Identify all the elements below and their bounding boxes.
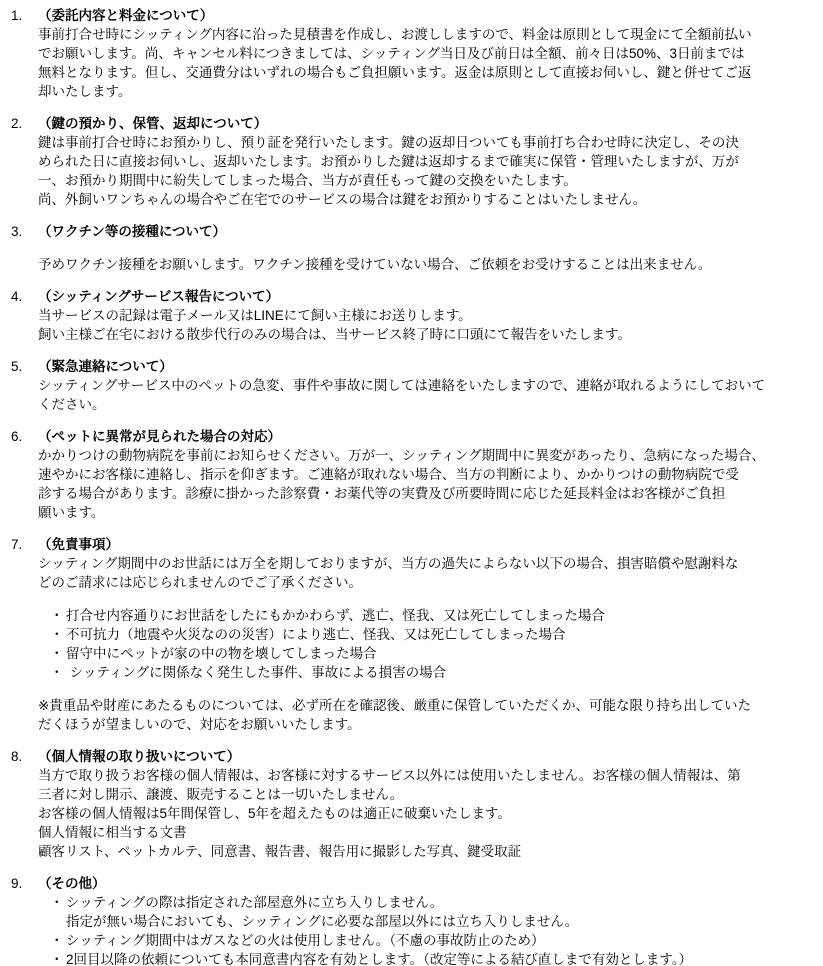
bullet-line: ・不可抗力（地震や火災なのの災害）により逃亡、怪我、又は死亡してしまった場合 [50,625,823,644]
terms-section: 7.（免責事項）シッティング期間中のお世話には万全を期しておりますが、当方の過失… [0,535,823,734]
note-line: だくほうが望ましいので、対応をお願いいたします。 [38,715,823,734]
body-line: でお願いします。尚、キャンセル料につきましては、シッティング当日及び前日は全額、… [38,44,823,63]
body-line: 事前打合せ時にシッティング内容に沿った見積書を作成し、お渡ししますので、料金は原… [38,25,823,44]
section-heading: 4.（シッティングサービス報告について） [0,287,823,306]
body-line: 却いたします。 [38,82,823,101]
body-line: 三者に対し開示、譲渡、販売することは一切いたしません。 [38,785,823,804]
section-number: 4. [11,287,38,306]
bullet-marker-icon: ・ [50,606,66,625]
section-heading: 6.（ペットに異常が見られた場合の対応） [0,427,823,446]
section-title: （ワクチン等の接種について） [38,224,226,239]
bullet-text: 打合せ内容通りにお世話をしたにもかかわらず、逃亡、怪我、又は死亡してしまった場合 [66,606,605,625]
body-line: シッティング期間中のお世話には万全を期しておりますが、当方の過失によらない以下の… [38,554,823,573]
blank-line [0,682,823,696]
bullet-line: ・打合せ内容通りにお世話をしたにもかかわらず、逃亡、怪我、又は死亡してしまった場… [50,606,823,625]
bullet-continuation-line: 指定が無い場合においても、シッティングに必要な部屋以外には立ち入りしません。 [66,912,823,931]
section-number: 9. [11,874,38,893]
terms-section: 9.（その他）・シッティングの際は指定された部屋意外に立ち入りしません。指定が無… [0,874,823,966]
bullet-text: 留守中にペットが家の中の物を壊してしまった場合 [66,644,377,663]
bullet-text: シッティング期間中はガスなどの火は使用しません。（不慮の事故防止のため） [66,931,544,950]
body-line: 速やかにお客様に連絡し、指示を仰ぎます。ご連絡が取れない場合、当方の判断により、… [38,465,823,484]
section-heading: 1.（委託内容と料金について） [0,6,823,25]
body-line: められた日に直接お伺いし、返却いたします。お預かりした鍵は返却するまで確実に保管… [38,152,823,171]
terms-section: 5.（緊急連絡について）シッティングサービス中のペットの急変、事件や事故に関して… [0,357,823,414]
body-line: 診する場合があります。診療に掛かった診察費・お薬代等の実費及び所要時間に応じた延… [38,484,823,503]
section-heading: 3.（ワクチン等の接種について） [0,222,823,241]
terms-document: 1.（委託内容と料金について）事前打合せ時にシッティング内容に沿った見積書を作成… [0,0,823,966]
body-line: 尚、外飼いワンちゃんの場合やご在宅でのサービスの場合は鍵をお預かりすることはいた… [38,190,823,209]
body-line: 当サービスの記録は電子メール又はLINEにて飼い主様にお送りします。 [38,306,823,325]
terms-section: 8.（個人情報の取り扱いについて）当方で取り扱うお客様の個人情報は、お客様に対す… [0,747,823,861]
section-title: （その他） [38,876,106,891]
bullet-text: 不可抗力（地震や火災なのの災害）により逃亡、怪我、又は死亡してしまった場合 [66,625,566,644]
body-line: 鍵は事前打合せ時にお預かりし、預り証を発行いたします。鍵の返却日ついても事前打ち… [38,133,823,152]
body-line: かかりつけの動物病院を事前にお知らせください。万が一、シッティング期間中に異変が… [38,446,823,465]
note-line: ※貴重品や財産にあたるものについては、必ず所在を確認後、厳重に保管していただくか… [38,696,823,715]
blank-line [0,592,823,606]
section-heading: 2.（鍵の預かり、保管、返却について） [0,114,823,133]
section-title: （ペットに異常が見られた場合の対応） [38,429,281,444]
bullet-marker-icon: ・ [50,644,66,663]
blank-line [0,241,823,255]
body-line: 無料となります。但し、交通費分はいずれの場合もご負担願います。返金は原則として直… [38,63,823,82]
section-title: （シッティングサービス報告について） [38,289,279,304]
section-number: 8. [11,747,38,766]
section-number: 6. [11,427,38,446]
section-number: 1. [11,6,38,25]
body-line: シッティングサービス中のペットの急変、事件や事故に関しては連絡をいたしますので、… [38,376,823,395]
body-line: ください。 [38,395,823,414]
bullet-line: ・シッティングの際は指定された部屋意外に立ち入りしません。 [50,893,823,912]
body-line: どのご請求には応じられませんのでご了承ください。 [38,573,823,592]
bullet-marker-icon: ・ [50,931,66,950]
body-line: 一、お預かり期間中に紛失してしまった場合、当方が責任もって鍵の交換をいたします。 [38,171,823,190]
bullet-line: ・ シッティングに関係なく発生した事件、事故による損害の場合 [50,663,823,682]
terms-section: 2.（鍵の預かり、保管、返却について）鍵は事前打合せ時にお預かりし、預り証を発行… [0,114,823,209]
body-line: 飼い主様ご在宅における散歩代行のみの場合は、当サービス終了時に口頭にて報告をいた… [38,325,823,344]
bullet-line: ・シッティング期間中はガスなどの火は使用しません。（不慮の事故防止のため） [50,931,823,950]
bullet-text: 2回目以降の依頼についても本同意書内容を有効とします。（改定等による結び直しまで… [66,950,692,966]
section-heading: 7.（免責事項） [0,535,823,554]
section-number: 5. [11,357,38,376]
section-title: （委託内容と料金について） [38,8,213,23]
body-line: 個人情報に相当する文書 [38,823,823,842]
bullet-marker-icon: ・ [50,625,66,644]
section-number: 2. [11,114,38,133]
bullet-text: シッティングに関係なく発生した事件、事故による損害の場合 [66,663,446,682]
bullet-line: ・2回目以降の依頼についても本同意書内容を有効とします。（改定等による結び直しま… [50,950,823,966]
section-title: （緊急連絡について） [38,359,173,374]
bullet-marker-icon: ・ [50,950,66,966]
body-line: 当方で取り扱うお客様の個人情報は、お客様に対するサービス以外には使用いたしません… [38,766,823,785]
section-number: 7. [11,535,38,554]
terms-section: 4.（シッティングサービス報告について）当サービスの記録は電子メール又はLINE… [0,287,823,344]
body-line: 顧客リスト、ペットカルテ、同意書、報告書、報告用に撮影した写真、鍵受取証 [38,842,823,861]
section-heading: 5.（緊急連絡について） [0,357,823,376]
bullet-marker-icon: ・ [50,663,66,682]
section-title: （鍵の預かり、保管、返却について） [38,116,267,131]
terms-section: 3.（ワクチン等の接種について）予めワクチン接種をお願いします。ワクチン接種を受… [0,222,823,274]
body-line: 予めワクチン接種をお願いします。ワクチン接種を受けていない場合、ご依頼をお受けす… [38,255,823,274]
section-title: （免責事項） [38,537,119,552]
section-heading: 8.（個人情報の取り扱いについて） [0,747,823,766]
body-line: お客様の個人情報は5年間保管し、5年を超えたものは適正に破棄いたします。 [38,804,823,823]
bullet-text: シッティングの際は指定された部屋意外に立ち入りしません。 [66,893,443,912]
body-line: 願います。 [38,503,823,522]
terms-section: 6.（ペットに異常が見られた場合の対応）かかりつけの動物病院を事前にお知らせくだ… [0,427,823,522]
section-title: （個人情報の取り扱いについて） [38,749,240,764]
section-heading: 9.（その他） [0,874,823,893]
bullet-line: ・留守中にペットが家の中の物を壊してしまった場合 [50,644,823,663]
bullet-marker-icon: ・ [50,893,66,912]
section-number: 3. [11,222,38,241]
terms-section: 1.（委託内容と料金について）事前打合せ時にシッティング内容に沿った見積書を作成… [0,6,823,101]
